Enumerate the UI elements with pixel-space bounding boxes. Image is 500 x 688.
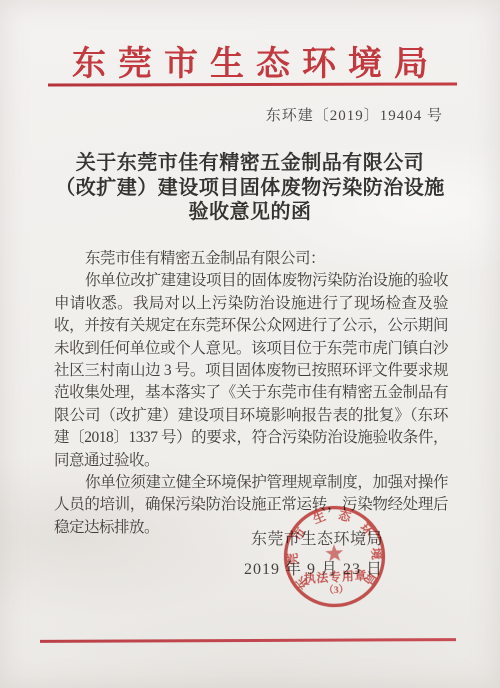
letter-body: 东莞市佳有精密五金制品有限公司： 你单位改扩建建设项目的固体废物污染防治设施的验… xyxy=(54,248,448,539)
document-title-line1: 关于东莞市佳有精密五金制品有限公司 xyxy=(20,151,480,176)
scanned-letter-page: 东莞市生态环境局 东环建〔2019〕19404 号 关于东莞市佳有精密五金制品有… xyxy=(0,0,500,688)
document-number: 东环建〔2019〕19404 号 xyxy=(0,104,443,125)
document-title-line2: （改扩建）建设项目固体废物污染防治设施 xyxy=(20,176,480,201)
document-title-line3: 验收意见的函 xyxy=(20,200,480,225)
signature-organization: 东莞市生态环境局 xyxy=(0,526,383,549)
body-paragraph-1: 你单位改扩建建设项目的固体废物污染防治设施的验收申请收悉。我局对以上污染防治设施… xyxy=(54,270,448,472)
seal-number: （3） xyxy=(324,583,349,597)
header-divider xyxy=(48,82,457,86)
document-title: 关于东莞市佳有精密五金制品有限公司 （改扩建）建设项目固体废物污染防治设施 验收… xyxy=(20,151,480,225)
recipient-line: 东莞市佳有精密五金制品有限公司： xyxy=(54,248,448,270)
signature-block: 东莞市生态环境局 2019 年 9 月 23 日 xyxy=(0,526,383,579)
agency-letterhead: 东莞市生态环境局 xyxy=(0,36,500,85)
signature-date: 2019 年 9 月 23 日 xyxy=(0,556,383,579)
footer-divider xyxy=(40,638,456,643)
